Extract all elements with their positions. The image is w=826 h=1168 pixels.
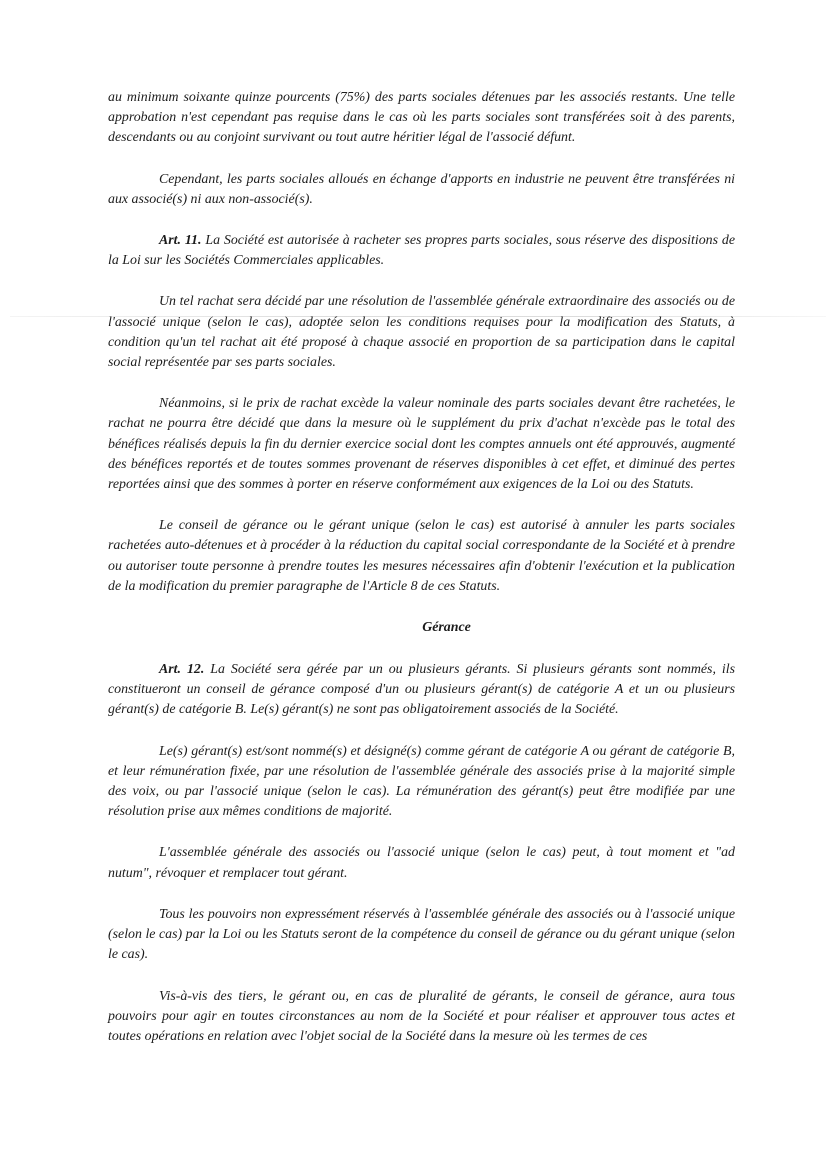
paragraph-industry-contributions: Cependant, les parts sociales alloués en… [108, 170, 735, 210]
article-11: Art. 11. La Société est autorisée à rach… [108, 231, 735, 271]
article-12: Art. 12. La Société sera gérée par un ou… [108, 660, 735, 721]
section-heading-gerance: Gérance [108, 618, 735, 638]
document-page: au minimum soixante quinze pourcents (75… [108, 88, 735, 1068]
paragraph-buyback-cancellation: Le conseil de gérance ou le gérant uniqu… [108, 516, 735, 597]
article-11-text: La Société est autorisée à racheter ses … [108, 233, 735, 268]
paragraph-manager-powers: Tous les pouvoirs non expressément réser… [108, 905, 735, 966]
article-11-label: Art. 11. [159, 233, 201, 248]
paragraph-third-parties: Vis-à-vis des tiers, le gérant ou, en ca… [108, 987, 735, 1048]
paragraph-approval-threshold: au minimum soixante quinze pourcents (75… [108, 88, 735, 149]
paragraph-buyback-price: Néanmoins, si le prix de rachat excède l… [108, 394, 735, 495]
paragraph-buyback-decision: Un tel rachat sera décidé par une résolu… [108, 292, 735, 373]
paragraph-manager-revocation: L'assemblée générale des associés ou l'a… [108, 843, 735, 883]
article-12-label: Art. 12. [159, 662, 204, 677]
paragraph-manager-appointment: Le(s) gérant(s) est/sont nommé(s) et dés… [108, 742, 735, 823]
